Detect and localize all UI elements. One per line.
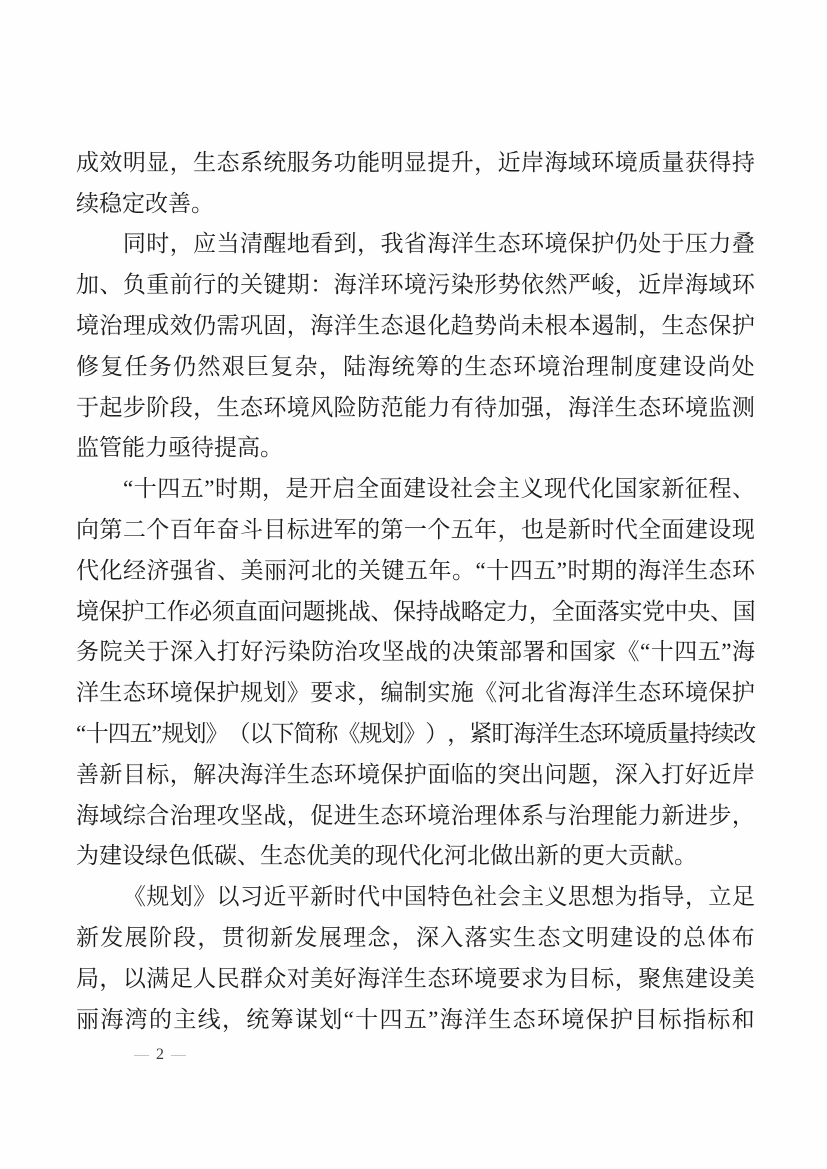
char: 国: [404, 885, 427, 908]
char: 好: [685, 763, 708, 786]
char: ，: [392, 926, 415, 949]
char: 央: [687, 600, 710, 623]
char: 制: [404, 681, 427, 704]
char: 境: [427, 804, 450, 827]
char: 加: [76, 273, 99, 296]
char: 险: [334, 396, 357, 419]
char: 文: [562, 926, 585, 949]
char: 中: [380, 885, 403, 908]
char: 治: [562, 355, 585, 378]
char: 特: [427, 885, 450, 908]
char: 新: [270, 926, 293, 949]
char: 生: [217, 396, 240, 419]
char: 作: [167, 600, 190, 623]
char: 党: [642, 600, 665, 623]
char: 以: [123, 967, 146, 990]
char: 解: [193, 763, 216, 786]
char: 域: [568, 151, 591, 174]
char: 是: [544, 518, 567, 541]
char: 的: [357, 518, 380, 541]
char: 十: [134, 477, 157, 500]
char: 四: [674, 640, 697, 663]
char: 绿: [145, 844, 168, 867]
char: 向: [76, 518, 99, 541]
char: 任: [125, 355, 148, 378]
char: 省: [404, 232, 427, 255]
char: 济: [147, 559, 170, 582]
char: 社: [450, 477, 473, 500]
char: 低: [191, 844, 214, 867]
char: 实: [489, 926, 512, 949]
char: 十: [486, 559, 509, 582]
char: 美: [732, 967, 755, 990]
char: 期: [238, 477, 261, 500]
char: 段: [170, 396, 193, 419]
char: 质: [638, 151, 661, 174]
char: 境: [685, 681, 708, 704]
char: 污: [264, 640, 287, 663]
char: 态: [489, 355, 512, 378]
char: 量: [667, 722, 689, 745]
char: 设: [426, 477, 449, 500]
char: 。: [191, 192, 214, 215]
char: 治: [170, 804, 193, 827]
char: 态: [123, 681, 146, 704]
char: 加: [498, 396, 521, 419]
char: 与: [544, 804, 567, 827]
char: 年: [429, 559, 452, 582]
char: 和: [546, 640, 569, 663]
char: 生: [488, 1008, 511, 1031]
char: ”: [428, 1008, 438, 1031]
char: ：: [310, 273, 333, 296]
char: 规: [161, 722, 183, 745]
char: 为: [615, 885, 638, 908]
char: 总: [683, 926, 706, 949]
char: 定: [122, 192, 145, 215]
char: 明: [380, 151, 403, 174]
char: 新: [99, 763, 122, 786]
char: 治: [99, 314, 122, 337]
char: 新: [536, 844, 559, 867]
char: 保: [193, 681, 216, 704]
char: 态: [498, 232, 521, 255]
char: 境: [170, 681, 193, 704]
char: 域: [708, 273, 731, 296]
char: 势: [474, 314, 497, 337]
char: 贯: [222, 926, 245, 949]
char: 关: [123, 640, 146, 663]
char: 护: [217, 681, 240, 704]
char: 新: [568, 518, 591, 541]
char: 《: [337, 722, 359, 745]
char: 合: [146, 804, 169, 827]
char: 《: [617, 640, 640, 663]
char: 《: [123, 885, 146, 908]
char: 化: [100, 559, 123, 582]
char: 战: [263, 804, 286, 827]
char: 然: [544, 273, 567, 296]
text-line: 善新目标，解决海洋生态环境保护面临的突出问题，深入打好近岸: [76, 754, 755, 795]
char: 标: [591, 967, 614, 990]
char: 持: [732, 151, 755, 174]
char: 也: [521, 518, 544, 541]
char: 以: [217, 885, 240, 908]
char: 好: [334, 967, 357, 990]
char: 新: [76, 926, 99, 949]
char: 为: [76, 844, 99, 867]
char: 近: [263, 885, 286, 908]
char: 起: [99, 396, 122, 419]
char: 为: [544, 967, 567, 990]
text-line: 局，以满足人民群众对美好海洋生态环境要求为目标，聚焦建设美: [76, 958, 755, 999]
char: 态: [217, 151, 240, 174]
char: 理: [123, 314, 146, 337]
char: 个: [427, 518, 450, 541]
char: 优: [306, 844, 329, 867]
char: 洋: [334, 314, 357, 337]
char: 直: [234, 600, 257, 623]
footer-dash-right: —: [171, 1049, 186, 1060]
char: 建: [685, 967, 708, 990]
char: 平: [287, 885, 310, 908]
char: 征: [685, 477, 708, 500]
char: [76, 232, 99, 255]
char: 标: [287, 518, 310, 541]
char: 新: [661, 477, 684, 500]
char: 生: [357, 314, 380, 337]
char: 满: [146, 967, 169, 990]
text-line: 成效明显，生态系统服务功能明显提升，近岸海域环境质量获得持: [76, 142, 755, 183]
char: 化: [427, 314, 450, 337]
char: 的: [335, 559, 358, 582]
char: ”: [721, 640, 731, 663]
char: 实: [427, 681, 450, 704]
char: 化: [421, 844, 444, 867]
char: 十: [355, 1008, 378, 1031]
char: 的: [440, 355, 463, 378]
char: ，: [357, 681, 380, 704]
char: 务: [76, 640, 99, 663]
char: 年: [193, 518, 216, 541]
char: 待: [191, 436, 214, 459]
char: 提: [214, 436, 237, 459]
char: 题: [302, 600, 325, 623]
char: 家: [593, 640, 616, 663]
text-line: 丽海湾的主线，统筹谋划“十四五”海洋生态环境保护目标指标和: [76, 999, 755, 1040]
char: 力: [427, 396, 450, 419]
char: 功: [334, 151, 357, 174]
char: 、: [710, 600, 733, 623]
char: 环: [662, 681, 685, 704]
char: 四: [510, 559, 533, 582]
char: ，: [262, 477, 285, 500]
char: 段: [173, 926, 196, 949]
char: 丽: [264, 559, 287, 582]
char: 标: [146, 763, 169, 786]
char: ”: [152, 722, 162, 745]
char: 持: [416, 600, 439, 623]
char: 以: [249, 722, 271, 745]
char: 规: [240, 681, 263, 704]
char: 、: [99, 273, 122, 296]
char: 制: [615, 314, 638, 337]
char: ，: [498, 518, 521, 541]
char: 省: [544, 681, 567, 704]
char: 海: [638, 559, 661, 582]
char: 时: [591, 518, 614, 541]
char: 行: [193, 273, 216, 296]
char: 色: [168, 844, 191, 867]
char: 布: [732, 926, 755, 949]
char: 二: [123, 518, 146, 541]
char: 设: [122, 844, 145, 867]
char: 防: [311, 640, 334, 663]
char: 新: [662, 804, 685, 827]
char: 的: [352, 844, 375, 867]
char: 十: [86, 722, 108, 745]
char: 攻: [358, 640, 381, 663]
char: 进: [334, 804, 357, 827]
char: 海: [685, 273, 708, 296]
char: 代: [567, 477, 590, 500]
char: 海: [513, 722, 535, 745]
char: 清: [240, 232, 263, 255]
char: 善: [168, 192, 191, 215]
char: 生: [474, 232, 497, 255]
char: 监: [76, 436, 99, 459]
char: 称: [315, 722, 337, 745]
char: 尚: [498, 314, 521, 337]
char: 保: [568, 232, 591, 255]
char: 于: [76, 396, 99, 419]
char: 、: [237, 844, 260, 867]
char: 海: [334, 273, 357, 296]
char: 艰: [222, 355, 245, 378]
char: 第: [99, 518, 122, 541]
char: 境: [615, 151, 638, 174]
char: 能: [357, 151, 380, 174]
char: 力: [708, 232, 731, 255]
char: 聚: [638, 967, 661, 990]
char: 五: [130, 722, 152, 745]
char: 需: [217, 314, 240, 337]
char: 代: [615, 518, 638, 541]
char: 策: [476, 640, 499, 663]
char: 护: [591, 232, 614, 255]
char: 指: [683, 1008, 706, 1031]
char: 改: [145, 192, 168, 215]
char: 五: [405, 559, 428, 582]
char: 、: [217, 559, 240, 582]
text-line: 海域综合治理攻坚战，促进生态环境治理体系与治理能力新进步，: [76, 795, 755, 836]
char: 然: [197, 355, 220, 378]
char: 全: [551, 600, 574, 623]
char: 碳: [214, 844, 237, 867]
char: 十: [651, 640, 674, 663]
char: 中: [665, 600, 688, 623]
text-line: 修复任务仍然艰巨复杂，陆海统筹的生态环境治理制度建设尚处: [76, 346, 755, 387]
char: 主: [173, 1008, 196, 1031]
char: 生: [99, 681, 122, 704]
char: 促: [310, 804, 333, 827]
char: 系: [521, 804, 544, 827]
char: 进: [685, 804, 708, 827]
char: 临: [451, 763, 474, 786]
char: 好: [241, 640, 264, 663]
char: 务: [149, 355, 172, 378]
char: 色: [451, 885, 474, 908]
char: 态: [240, 396, 263, 419]
char: 洋: [76, 681, 99, 704]
char: 设: [708, 518, 731, 541]
char: 战: [348, 600, 371, 623]
char: 国: [733, 600, 756, 623]
char: ，: [615, 967, 638, 990]
char: 求: [521, 967, 544, 990]
char: “: [344, 1008, 354, 1031]
char: 面: [257, 600, 280, 623]
char: 势: [498, 273, 521, 296]
char: 设: [634, 926, 657, 949]
char: 出: [513, 844, 536, 867]
char: 坚: [240, 804, 263, 827]
char: 前: [170, 273, 193, 296]
char: 署: [523, 640, 546, 663]
char: 同: [123, 232, 146, 255]
char: 测: [732, 396, 755, 419]
char: 目: [263, 518, 286, 541]
char: 划: [170, 885, 193, 908]
char: 求: [334, 681, 357, 704]
char: 待: [474, 396, 497, 419]
char: 发: [100, 926, 123, 949]
char: 攻: [217, 804, 240, 827]
text-line: 续稳定改善。: [76, 183, 755, 224]
char: 洋: [591, 396, 614, 419]
char: ，: [197, 926, 220, 949]
char: 焦: [662, 967, 685, 990]
char: 成: [146, 314, 169, 337]
char: “: [476, 559, 486, 582]
char: 简: [293, 722, 315, 745]
char: ，: [287, 804, 310, 827]
char: 护: [732, 314, 755, 337]
char: 未: [521, 314, 544, 337]
char: 本: [568, 314, 591, 337]
char: 亟: [168, 436, 191, 459]
char: 洋: [357, 273, 380, 296]
char: 和: [732, 1008, 755, 1031]
char: 综: [123, 804, 146, 827]
char: 境: [76, 600, 99, 623]
char: 海: [357, 967, 380, 990]
char: 域: [99, 804, 122, 827]
char: 发: [295, 926, 318, 949]
char: 人: [193, 967, 216, 990]
char: 近: [708, 763, 731, 786]
char: 生: [357, 804, 380, 827]
char: 社: [474, 885, 497, 908]
char: 河: [498, 681, 521, 704]
char: 关: [358, 559, 381, 582]
char: 面: [427, 763, 450, 786]
char: 立: [708, 885, 731, 908]
text-line: “十四五”规划》（以下简称《规划》），紧盯海洋生态环境质量持续改: [76, 713, 755, 754]
text-line: 于起步阶段，生态环境风险防范能力有待加强，海洋生态环境监测: [76, 387, 755, 428]
char: 筹: [416, 355, 439, 378]
char: 我: [380, 232, 403, 255]
char: （: [227, 722, 249, 745]
char: 仍: [615, 232, 638, 255]
char: 环: [732, 273, 755, 296]
char: 保: [380, 763, 403, 786]
char: 的: [614, 559, 637, 582]
char: 建: [610, 926, 633, 949]
char: 趋: [451, 314, 474, 337]
char: [99, 232, 122, 255]
char: 生: [513, 926, 536, 949]
char: 严: [568, 273, 591, 296]
char: 决: [217, 763, 240, 786]
char: 院: [100, 640, 123, 663]
char: 新: [310, 885, 333, 908]
char: 境: [287, 396, 310, 419]
char: 的: [149, 1008, 172, 1031]
char: 国: [570, 640, 593, 663]
char: 义: [544, 885, 567, 908]
char: ，: [170, 763, 193, 786]
char: 。: [674, 844, 697, 867]
char: [76, 477, 99, 500]
char: [99, 885, 122, 908]
char: 挑: [325, 600, 348, 623]
char: 退: [404, 314, 427, 337]
char: ，: [193, 396, 216, 419]
char: 战: [405, 640, 428, 663]
char: 步: [708, 804, 731, 827]
char: 阶: [149, 926, 172, 949]
char: 五: [698, 640, 721, 663]
char: 洋: [535, 722, 557, 745]
char: 主: [497, 477, 520, 500]
char: 能: [122, 436, 145, 459]
char: 形: [474, 273, 497, 296]
char: 应: [193, 232, 216, 255]
char: 理: [591, 804, 614, 827]
char: 经: [123, 559, 146, 582]
char: 明: [586, 926, 609, 949]
char: 得: [708, 151, 731, 174]
char: 设: [708, 967, 731, 990]
char: 导: [662, 885, 685, 908]
char: 丽: [76, 1008, 99, 1031]
char: 善: [76, 763, 99, 786]
char: 代: [398, 844, 421, 867]
char: 献: [651, 844, 674, 867]
char: 海: [544, 151, 567, 174]
char: 提: [427, 151, 450, 174]
char: 要: [498, 967, 521, 990]
char: 境: [685, 396, 708, 419]
char: 决: [452, 640, 475, 663]
char: 的: [217, 273, 240, 296]
char: 环: [146, 681, 169, 704]
footer-dash-left: —: [134, 1049, 149, 1060]
char: 关: [240, 273, 263, 296]
char: ，: [99, 967, 122, 990]
char: 理: [474, 804, 497, 827]
